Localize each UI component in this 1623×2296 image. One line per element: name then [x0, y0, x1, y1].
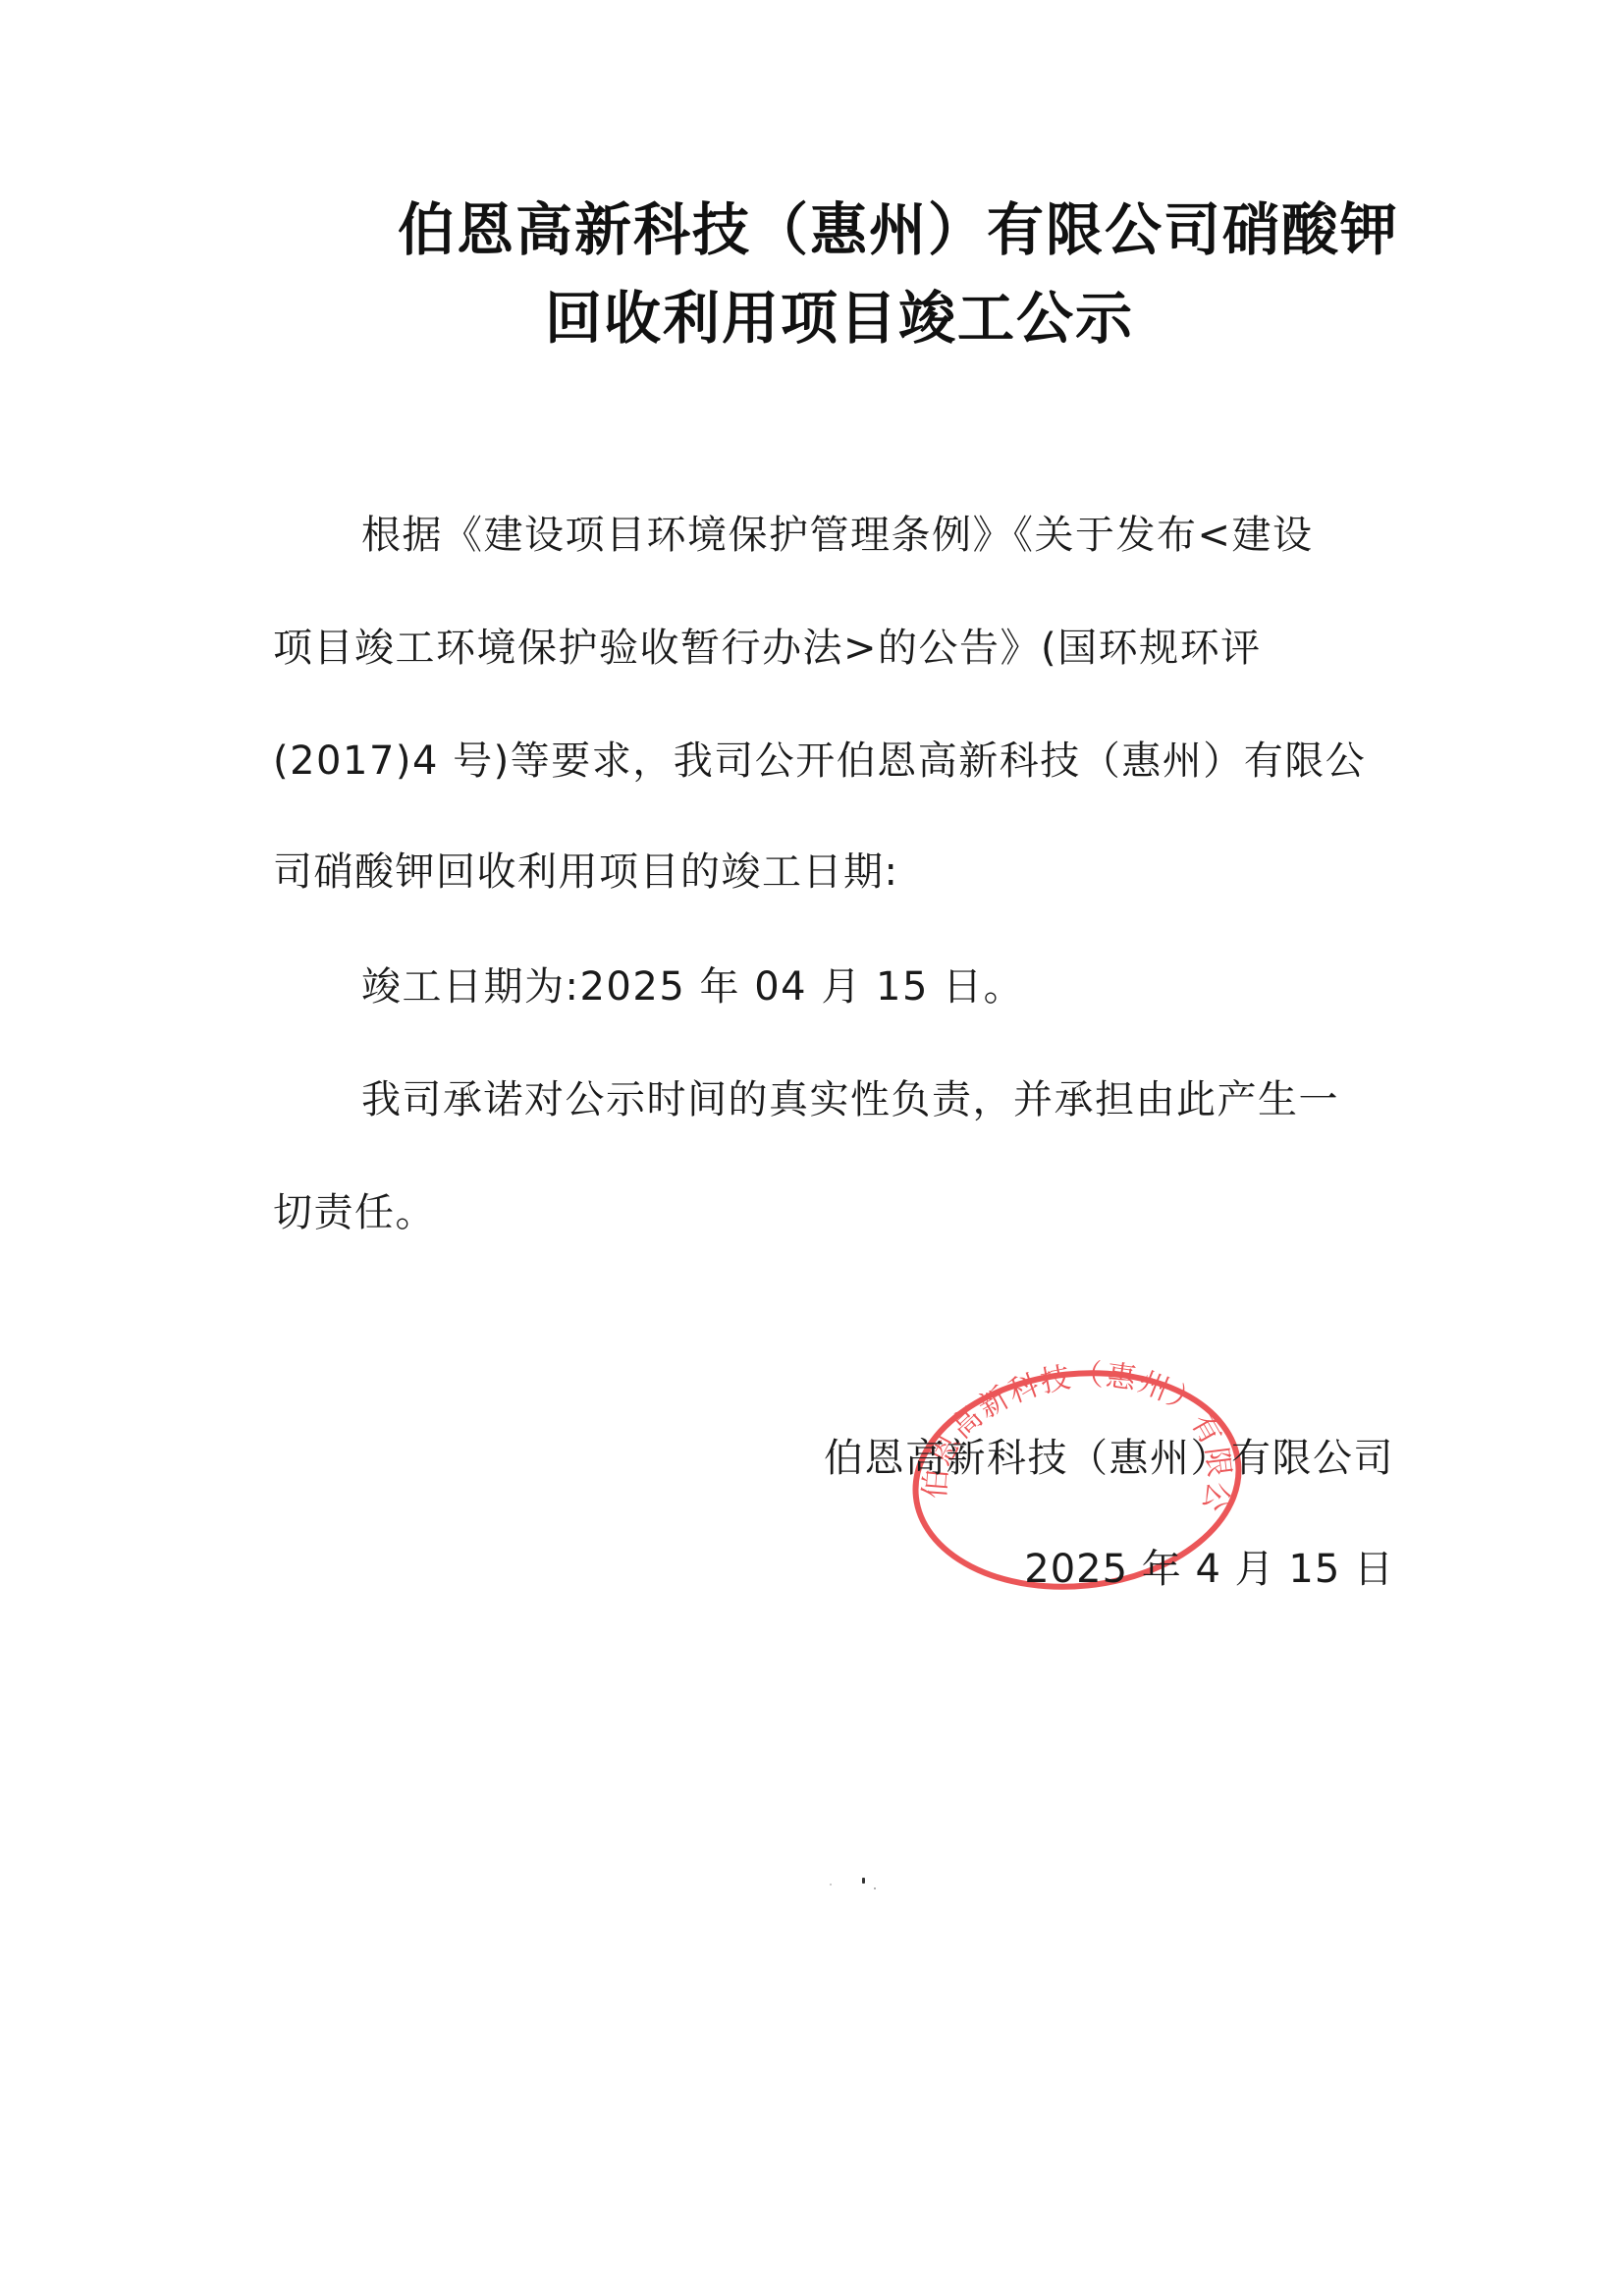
commitment-line-2: 切责任。 — [273, 1193, 1397, 1232]
scan-speck — [874, 1887, 876, 1889]
signature-company: 伯恩高新科技（惠州）有限公司 — [824, 1439, 1394, 1478]
completion-date-line: 竣工日期为:2025 年 04 月 15 日。 — [361, 967, 1486, 1007]
document-title-line-1: 伯恩高新科技（惠州）有限公司硝酸钾 — [398, 201, 1399, 258]
document-page: 伯恩高新科技（惠州）有限公司硝酸钾 回收利用项目竣工公示 根据《建设项目环境保护… — [0, 0, 1623, 2296]
scan-speck — [862, 1878, 865, 1884]
body-line-1: 根据《建设项目环境保护管理条例》《关于发布<建设 — [361, 516, 1486, 555]
body-line-2: 项目竣工环境保护验收暂行办法>的公告》(国环规环评 — [273, 629, 1397, 668]
body-line-4: 司硝酸钾回收利用项目的竣工日期: — [273, 852, 1397, 892]
signature-date: 2025 年 4 月 15 日 — [1024, 1550, 1394, 1589]
document-title-line-2: 回收利用项目竣工公示 — [545, 290, 1134, 347]
commitment-line-1: 我司承诺对公示时间的真实性负责，并承担由此产生一 — [361, 1080, 1486, 1120]
body-line-3: (2017)4 号)等要求，我司公开伯恩高新科技（惠州）有限公 — [273, 741, 1397, 781]
scan-speck — [830, 1884, 832, 1886]
